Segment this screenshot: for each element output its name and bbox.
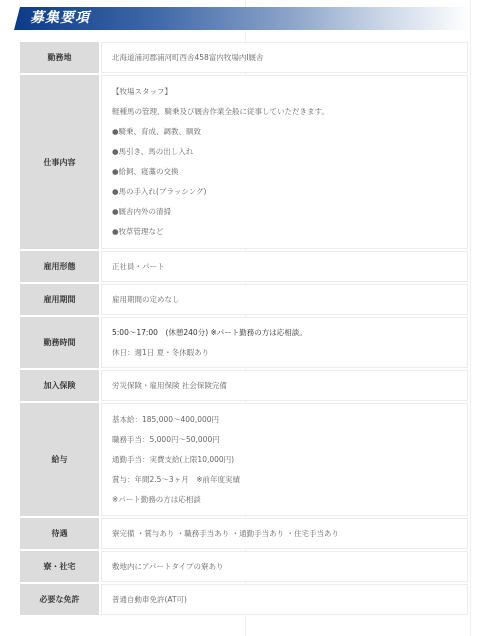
value-line: 正社員・パート	[112, 260, 457, 273]
value-line: ※パート勤務の方は応相談	[112, 490, 457, 510]
row-value: 寮完備 ・賞与あり ・職務手当あり ・通勤手当あり ・住宅手当あり	[101, 518, 468, 549]
value-line: 5:00～17:00 (休憩240分) ※パート勤務の方は応相談。	[112, 323, 457, 343]
value-line: 労災保険・雇用保険 社会保険完備	[112, 379, 457, 392]
section-heading-title: 募集要項	[30, 8, 90, 29]
row-label: 必要な免許	[20, 584, 99, 615]
row-value: 労災保険・雇用保険 社会保険完備	[101, 370, 468, 401]
table-row-benefits: 待遇 寮完備 ・賞与あり ・職務手当あり ・通勤手当あり ・住宅手当あり	[20, 518, 468, 549]
value-line: ●馬の手入れ(ブラッシング)	[112, 182, 457, 202]
table-row-salary: 給与 基本給：185,000～400,000円 職務手当：5,000円～50,0…	[20, 403, 468, 516]
job-requirements-table: 勤務地 北海道浦河郡浦河町西舎458富内牧場内I厩舎 仕事内容 【牧場スタッフ】…	[20, 42, 468, 617]
value-line: 職務手当：5,000円～50,000円	[112, 430, 457, 450]
background-divider	[470, 0, 471, 636]
row-value: 敷地内にアパートタイプの寮あり	[101, 551, 468, 582]
row-label: 勤務地	[20, 42, 99, 73]
row-value: 5:00～17:00 (休憩240分) ※パート勤務の方は応相談。 休日：週1日…	[101, 317, 468, 368]
value-line: ●厩舎内外の清掃	[112, 202, 457, 222]
value-line: 休日：週1日 夏・冬休暇あり	[112, 343, 457, 363]
row-value: 【牧場スタッフ】 軽種馬の管理、騎乗及び厩舎作業全般に従事していただきます。 ●…	[101, 75, 468, 249]
value-line: 【牧場スタッフ】	[112, 82, 457, 102]
table-row-employment-period: 雇用期間 雇用期間の定めなし	[20, 284, 468, 315]
value-line: 雇用期間の定めなし	[112, 293, 457, 306]
value-line: 北海道浦河郡浦河町西舎458富内牧場内I厩舎	[112, 51, 457, 64]
value-line: ●騎乗、育成、調教、馴致	[112, 122, 457, 142]
row-label: 雇用期間	[20, 284, 99, 315]
row-label: 待遇	[20, 518, 99, 549]
table-row-required-license: 必要な免許 普通自動車免許(AT可)	[20, 584, 468, 615]
value-line: 敷地内にアパートタイプの寮あり	[112, 560, 457, 573]
value-line: 通勤手当：実費支給(上限10,000円)	[112, 450, 457, 470]
table-row-work-location: 勤務地 北海道浦河郡浦河町西舎458富内牧場内I厩舎	[20, 42, 468, 73]
row-label: 仕事内容	[20, 75, 99, 249]
value-line: 普通自動車免許(AT可)	[112, 593, 457, 606]
table-row-job-description: 仕事内容 【牧場スタッフ】 軽種馬の管理、騎乗及び厩舎作業全般に従事していただき…	[20, 75, 468, 249]
row-label: 寮・社宅	[20, 551, 99, 582]
row-label: 加入保険	[20, 370, 99, 401]
value-line: ●牧草管理など	[112, 222, 457, 242]
row-label: 給与	[20, 403, 99, 516]
table-row-insurance: 加入保険 労災保険・雇用保険 社会保険完備	[20, 370, 468, 401]
row-value: 普通自動車免許(AT可)	[101, 584, 468, 615]
value-line: 軽種馬の管理、騎乗及び厩舎作業全般に従事していただきます。	[112, 102, 457, 122]
row-label: 勤務時間	[20, 317, 99, 368]
row-label: 雇用形態	[20, 251, 99, 282]
value-line: 基本給：185,000～400,000円	[112, 410, 457, 430]
table-row-employment-type: 雇用形態 正社員・パート	[20, 251, 468, 282]
row-value: 雇用期間の定めなし	[101, 284, 468, 315]
value-line: ●馬引き、馬の出し入れ	[112, 142, 457, 162]
row-value: 北海道浦河郡浦河町西舎458富内牧場内I厩舎	[101, 42, 468, 73]
row-value: 正社員・パート	[101, 251, 468, 282]
value-line: 賞与：年間2.5～3ヶ月 ※前年度実績	[112, 470, 457, 490]
table-row-working-hours: 勤務時間 5:00～17:00 (休憩240分) ※パート勤務の方は応相談。 休…	[20, 317, 468, 368]
row-value: 基本給：185,000～400,000円 職務手当：5,000円～50,000円…	[101, 403, 468, 516]
table-row-housing: 寮・社宅 敷地内にアパートタイプの寮あり	[20, 551, 468, 582]
value-line: 寮完備 ・賞与あり ・職務手当あり ・通勤手当あり ・住宅手当あり	[112, 527, 457, 540]
value-line: ●給飼、寝藁の交換	[112, 162, 457, 182]
